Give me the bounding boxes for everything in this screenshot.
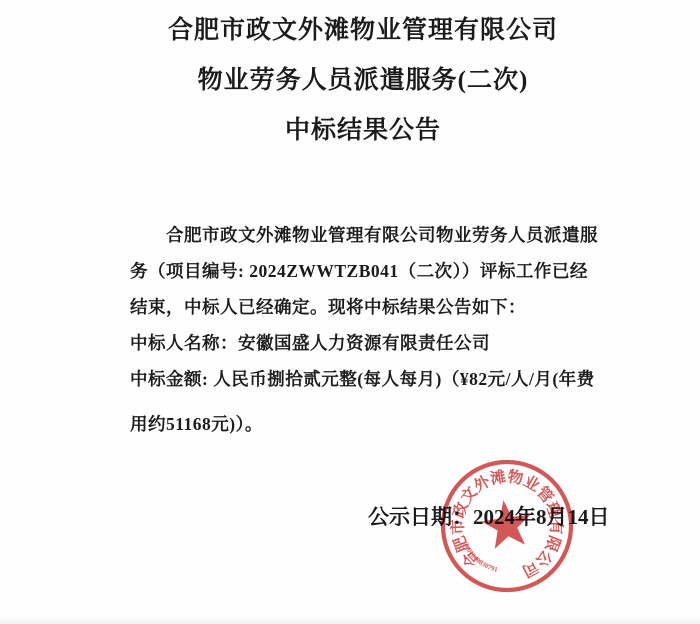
body-line-3: 结束，中标人已经确定。现将中标结果公告如下： — [130, 289, 590, 325]
body-line-amount-cont: 用约51168元)）。 — [130, 406, 590, 442]
body-line-amount: 中标金额: 人民币捌拾贰元整(每人每月)（¥82元/人/月(年费 — [130, 361, 590, 397]
star-icon — [479, 497, 534, 550]
body-line-winner: 中标人名称：安徽国盛人力资源有限责任公司 — [130, 325, 590, 361]
title-line-company: 合肥市政文外滩物业管理有限公司 — [26, 6, 700, 56]
company-stamp: 合肥市政文外滩物业管理有限公司 3401040830791 — [437, 456, 577, 596]
title-line-project: 物业劳务人员派遣服务(二次) — [26, 56, 700, 106]
document-body: 合肥市政文外滩物业管理有限公司物业劳务人员派遣服 务（项目编号: 2024ZWW… — [130, 217, 590, 442]
body-line-2: 务（项目编号: 2024ZWWTZB041（二次））评标工作已经 — [130, 253, 590, 289]
title-line-announcement: 中标结果公告 — [26, 106, 700, 156]
document-title: 合肥市政文外滩物业管理有限公司 物业劳务人员派遣服务(二次) 中标结果公告 — [26, 6, 700, 156]
body-line-1: 合肥市政文外滩物业管理有限公司物业劳务人员派遣服 — [130, 217, 590, 253]
document-page: 合肥市政文外滩物业管理有限公司 物业劳务人员派遣服务(二次) 中标结果公告 合肥… — [0, 0, 700, 624]
